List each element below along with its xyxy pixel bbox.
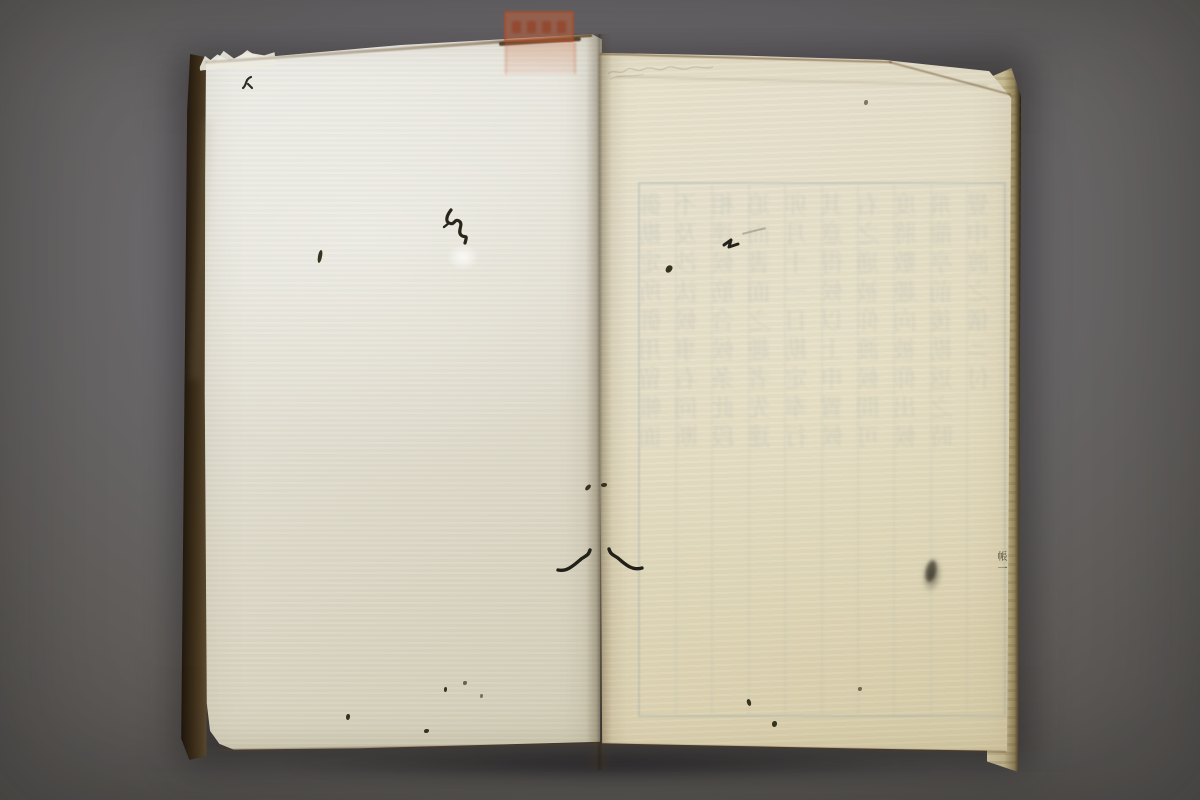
ink-flick <box>240 74 256 92</box>
showthrough-text-column: 卯月十一日勘定奉行 <box>786 184 822 715</box>
book-gutter <box>586 34 612 770</box>
faint-pencil-scribble <box>606 60 716 82</box>
stamp-lower-half <box>505 42 576 74</box>
showthrough-text-column: 相達候筋合候条此段 <box>713 184 749 715</box>
open-book: 覺申渡之儀ニ付飛龍亭前後勘返之時度將數趣向被仰出候右之通被仰渡候間可其意得候以上… <box>183 26 1025 774</box>
ink-offset-pair <box>552 540 648 578</box>
showthrough-text-column: 御勘定所御用留帳面 <box>640 184 676 715</box>
showthrough-text-block: 覺申渡之儀ニ付飛龍亭前後勘返之時度將數趣向被仰出候右之通被仰渡候間可其意得候以上… <box>638 182 1006 717</box>
red-collection-stamp <box>504 11 574 75</box>
stamp-character-blob <box>542 21 551 33</box>
stamp-character-blob <box>527 21 536 33</box>
showthrough-text-column: 不及沙汰候事右同断 <box>676 184 712 715</box>
showthrough-text-column: 其意得候以上申置候 <box>822 184 858 715</box>
showthrough-text-column: 度將數趣向被仰出候 <box>895 184 931 715</box>
left-page <box>197 32 605 754</box>
showthrough-text-column: 右之通被仰渡候間可 <box>858 184 894 715</box>
right-page: 覺申渡之儀ニ付飛龍亭前後勘返之時度將數趣向被仰出候右之通被仰渡候間可其意得候以上… <box>598 50 1012 756</box>
stamp-upper-half <box>504 11 574 42</box>
showthrough-text-column: 追而書面之趣者先達 <box>749 184 785 715</box>
ink-squiggle-right <box>720 228 744 254</box>
stamp-character-blob <box>557 21 566 33</box>
photograph: 覺申渡之儀ニ付飛龍亭前後勘返之時度將數趣向被仰出候右之通被仰渡候間可其意得候以上… <box>0 0 1200 800</box>
showthrough-text-column: 覺申渡之儀ニ付 <box>968 184 1004 715</box>
fore-edge-writing: 帳一 <box>989 551 1005 607</box>
stamp-character-blob <box>512 21 521 33</box>
showthrough-text-column: 飛龍亭前後勘返之時 <box>931 184 967 715</box>
ink-squiggle <box>438 206 474 252</box>
